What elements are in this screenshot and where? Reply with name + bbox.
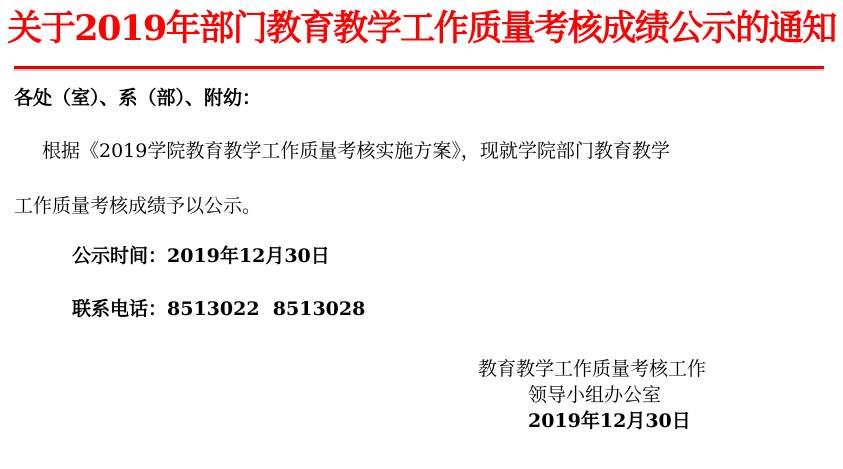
signature-office-line-1: 教育教学工作质量考核工作	[478, 357, 706, 381]
signature-office-line-2: 领导小组办公室	[528, 383, 661, 407]
contact-phone-label: 联系电话：	[72, 298, 167, 320]
body-paragraph-line-2: 工作质量考核成绩予以公示。	[14, 194, 261, 218]
contact-phone-numbers: 8513022 8513028	[167, 298, 365, 320]
body-paragraph-line-1: 根据《2019学院教育教学工作质量考核实施方案》，现就学院部门教育教学	[42, 139, 670, 163]
salutation: 各处（室）、系（部）、附幼：	[14, 86, 261, 110]
publication-time-label: 公示时间：	[72, 245, 167, 267]
title-divider	[14, 66, 824, 69]
contact-phone: 联系电话：8513022 8513028	[72, 297, 365, 321]
publication-time: 公示时间：2019年12月30日	[72, 244, 330, 268]
publication-time-value: 2019年12月30日	[167, 245, 330, 267]
notice-title: 关于2019年部门教育教学工作质量考核成绩公示的通知	[0, 6, 843, 52]
signature-date: 2019年12月30日	[528, 409, 691, 433]
